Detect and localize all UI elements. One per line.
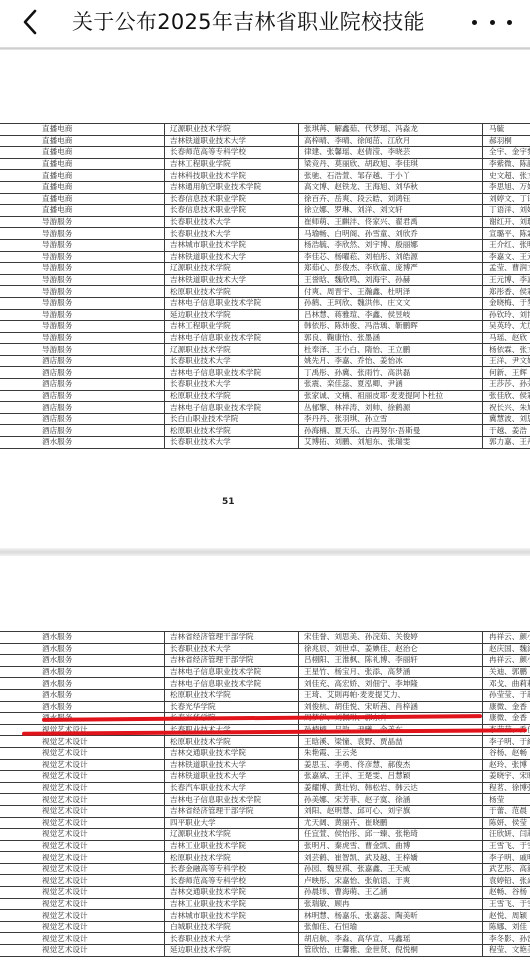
project-cell: 直播电商: [0, 170, 165, 182]
chevron-left-icon: [18, 6, 44, 38]
table-row: 视觉艺术设计吉林交通职业技术学院朱艳霞、王云尧谷杨、赵畅一等奖: [0, 747, 530, 759]
project-cell: 酒店服务: [0, 413, 165, 425]
project-cell: 视觉艺术设计: [0, 805, 165, 817]
teachers-cell: 孙钦玲、刘博: [483, 309, 530, 321]
students-cell: 张明月、秦虎雪、曹金凯、曲博: [299, 840, 483, 852]
project-cell: 视觉艺术设计: [0, 817, 165, 829]
teachers-cell: 赵庆国、魏海英: [483, 643, 530, 655]
table-row: 视觉艺术设计延边职业技术学院管欣怡、庄馨雅、金世贤、倪悦桐程莹、文艳美三等奖: [0, 945, 530, 957]
students-cell: 吕林慧、蒋雅瑄、李鑫、侯昱岐: [299, 309, 483, 321]
students-cell: 张驰、石浩萱、邹存越、于小丫: [299, 170, 483, 182]
project-cell: 视觉艺术设计: [0, 898, 165, 910]
teachers-cell: 丁语洋、刘婷文: [483, 205, 530, 217]
teachers-cell: 关迪、郭鹏: [483, 666, 530, 678]
project-cell: 视觉艺术设计: [0, 910, 165, 922]
school-cell: 吉林铁道职业技术大学: [165, 251, 299, 263]
students-cell: 张家诚、文楠、祖丽皮耶·麦麦提阿卜杜拉: [299, 390, 483, 402]
project-cell: 直播电商: [0, 158, 165, 170]
project-cell: 视觉艺术设计: [0, 829, 165, 841]
project-cell: 酒店服务: [0, 379, 165, 391]
school-cell: 吉林电子信息职业技术学院: [165, 666, 299, 678]
project-cell: 导游服务: [0, 263, 165, 275]
table-row: 直播电商吉林铁道职业技术大学高梓晴、李晴、徐闻茁、江欣月郝羽桐三等奖: [0, 135, 530, 147]
school-cell: 吉林电子信息职业技术学院: [165, 678, 299, 690]
students-cell: 张嘉斌、王洋、王楚雯、吕慧颖: [299, 771, 483, 783]
table-row: 酒水服务松原职业技术学院王琦、艾則再帕·麦麦提艾力、孙莹莹、于越三等奖: [0, 689, 530, 701]
teachers-cell: 冀慧波、刘思彤: [483, 413, 530, 425]
students-cell: 付爽、周晋宇、王瀚鑫、杜明泽: [299, 286, 483, 298]
students-cell: 管欣怡、庄馨雅、金世贤、倪悦桐: [299, 945, 483, 957]
school-cell: 吉林省经济管理干部学院: [165, 805, 299, 817]
project-cell: 视觉艺术设计: [0, 771, 165, 783]
teachers-cell: 康微、金香: [483, 701, 530, 713]
students-cell: 李丹丹、张羽琪、孙立雪: [299, 413, 483, 425]
teachers-cell: 陈娜、刘佳: [483, 921, 530, 933]
teachers-cell: 冉祥云、颜小学: [483, 655, 530, 667]
table-row: 导游服务辽源职业技术学院郑茹心、彭俊杰、李欣童、庞博严孟莹、曹润文二等奖: [0, 263, 530, 275]
students-cell: 孙美娜、宋芳菲、赵子寞、徐涵: [299, 794, 483, 806]
project-cell: 酒店服务: [0, 390, 165, 402]
table-row: 酒店服务吉林电子信息职业技术学院丁禹彤、孙冀、张雨竹、高洪磊何新、王辉二等奖: [0, 367, 530, 379]
school-cell: 吉林铁道职业技术大学: [165, 135, 299, 147]
project-cell: 视觉艺术设计: [0, 736, 165, 748]
teachers-cell: 王洋、尹文娟: [483, 355, 530, 367]
teachers-cell: 孟莹、曹润文: [483, 263, 530, 275]
project-cell: 直播电商: [0, 181, 165, 193]
students-cell: 刘佳充、高宏娇、刘佃宁、李坤隆: [299, 678, 483, 690]
students-cell: 高文博、赵铁龙、王海旭、刘华秋: [299, 181, 483, 193]
students-cell: 尤天阔、黄丽卉、崔晓鹏: [299, 817, 483, 829]
teachers-cell: 吴英玲、尤加兵: [483, 321, 530, 333]
teachers-cell: 王雪飞、于雪波: [483, 840, 530, 852]
table-row: 视觉艺术设计松原职业技术学院王晗溪、梁憧、袁野、贾晶喆李子明、于維晶一等奖: [0, 736, 530, 748]
teachers-cell: 康微、金香: [483, 713, 530, 725]
table-row: 视觉艺术设计吉林工业职业技术学院张明月、秦虎雪、曹金凯、曲博王雪飞、于雪波二等奖: [0, 840, 530, 852]
teachers-cell: 王雪飞、于雪波: [483, 898, 530, 910]
students-cell: 孙园、魏昱祺、张嘉鑫、王天威: [299, 863, 483, 875]
students-cell: 张瑞敏、顾冉: [299, 898, 483, 910]
teachers-cell: 孙莹莹、于越: [483, 689, 530, 701]
table-row: 视觉艺术设计吉林城市职业技术学院林明慧、杨嘉乐、张嘉蕊、陶美昕赵悦、周颖三等奖: [0, 910, 530, 922]
school-cell: 松原职业技术学院: [165, 425, 299, 437]
teachers-cell: 李子明、戚明明: [483, 852, 530, 864]
more-dot-icon: [472, 20, 477, 25]
students-cell: 姜思玉、李勇、佟彦慧、郝俊杰: [299, 759, 483, 771]
table-row: 视觉艺术设计松原职业技术学院刘芸鹤、崔智凯、武及越、王梓嬌李子明、戚明明二等奖: [0, 852, 530, 864]
project-cell: 导游服务: [0, 309, 165, 321]
students-cell: 朱艳霞、王云尧: [299, 747, 483, 759]
awards-table-page-2: 酒水服务吉林省经济管理干部学院宋佳誉、刘思美、孙浣茹、关俊婷冉祥云、颜小学一等奖…: [0, 631, 530, 957]
school-cell: 吉林城市职业技术学院: [165, 239, 299, 251]
students-cell: 杨浩毓、李欣然、刘宇博、殷丽娜: [299, 239, 483, 251]
project-cell: 视觉艺术设计: [0, 794, 165, 806]
table-row: 酒店服务松原职业技术学院张家诚、文楠、祖丽皮耶·麦麦提阿卜杜拉张佳欣、侯彩霞三等…: [0, 390, 530, 402]
school-cell: 长春职业技术大学: [165, 355, 299, 367]
school-cell: 松原职业技术学院: [165, 852, 299, 864]
project-cell: 视觉艺术设计: [0, 933, 165, 945]
table-row: 导游服务延边职业技术学院吕林慧、蒋雅瑄、李鑫、侯昱岐孙钦玲、刘博三等奖: [0, 309, 530, 321]
project-cell: 导游服务: [0, 216, 165, 228]
school-cell: 长春师范高等专科学校: [165, 875, 299, 887]
teachers-cell: 冉祥云、颜小学: [483, 632, 530, 644]
document-page-52: 酒水服务吉林省经济管理干部学院宋佳誉、刘思美、孙浣茹、关俊婷冉祥云、颜小学一等奖…: [0, 556, 530, 978]
table-row: 酒水服务吉林省经济管理干部学院吕栩阳、王淮枫、陈礼博、李丽轩冉祥云、颜小学二等奖: [0, 655, 530, 667]
project-cell: 酒店服务: [0, 355, 165, 367]
table-row: 导游服务吉林电子信息职业技术学院孙鹤、王珂欣、魏洪伟、庄文文金晓梅、于梦三等奖: [0, 297, 530, 309]
school-cell: 松原职业技术学院: [165, 736, 299, 748]
project-cell: 导游服务: [0, 251, 165, 263]
project-cell: 酒店服务: [0, 425, 165, 437]
students-cell: 郭良、鞠康怡、张墨涵: [299, 332, 483, 344]
school-cell: 辽源职业技术学院: [165, 829, 299, 841]
teachers-cell: 李嘉文、王元博: [483, 251, 530, 263]
project-cell: 视觉艺术设计: [0, 863, 165, 875]
teachers-cell: 郑彤香、侯彩霞: [483, 286, 530, 298]
teachers-cell: 袁婷铅、张焱: [483, 875, 530, 887]
project-cell: 酒水服务: [0, 678, 165, 690]
table-row: 酒水服务吉林电子信息职业技术学院刘佳充、高宏娇、刘佃宁、李坤隆邓戈、曲莉莉三等奖: [0, 678, 530, 690]
project-cell: 酒水服务: [0, 666, 165, 678]
students-cell: 韩依彤、陈炜俊、冯浩瑀、靳鹏晖: [299, 321, 483, 333]
table-row: 直播电商长春师范高等专科学校律建、张馨瑶、赵倩滢、李晓芸全宇、金宇黎三等奖: [0, 147, 530, 159]
school-cell: 长春金融高等专科学校: [165, 863, 299, 875]
table-row: 导游服务辽源职业技术学院杜奉泽、王小白、隋怡、王立鹏杨依霖、张文郁三等奖: [0, 344, 530, 356]
teachers-cell: 李思旭、万妍: [483, 181, 530, 193]
project-cell: 直播电商: [0, 147, 165, 159]
teachers-cell: 赵悦、周颖: [483, 910, 530, 922]
teachers-cell: 全宇、金宇黎: [483, 147, 530, 159]
teachers-cell: 杨依霖、张文郁: [483, 344, 530, 356]
project-cell: 导游服务: [0, 297, 165, 309]
teachers-cell: 赵畅、谷杨: [483, 887, 530, 899]
table-row: 导游服务吉林城市职业技术学院杨浩毓、李欣然、刘宇博、殷丽娜王介红、张明明二等奖: [0, 239, 530, 251]
school-cell: 长春职业技术大学: [165, 437, 299, 449]
table-row: 酒店服务松原职业技术学院孙海楠、夏天乐、古再努尔·吾斯曼于越、姜浩三等奖: [0, 425, 530, 437]
teachers-cell: 刘婷文、丁语洋: [483, 193, 530, 205]
school-cell: 松原职业技术学院: [165, 689, 299, 701]
students-cell: 宋佳誉、刘思美、孙浣茹、关俊婷: [299, 632, 483, 644]
table-row: 直播电商吉林工程职业学院梁竞丹、莫丽欣、胡政旭、李佳琪李紫微、陈韵曦三等奖: [0, 158, 530, 170]
school-cell: 辽源职业技术学院: [165, 263, 299, 275]
teachers-cell: 宣璐平、陈霖: [483, 228, 530, 240]
students-cell: 胡启航、李淼、高华宣、马鑫瑶: [299, 933, 483, 945]
school-cell: 长春职业技术大学: [165, 933, 299, 945]
students-cell: 高梓晴、李晴、徐闻茁、江欣月: [299, 135, 483, 147]
teachers-cell: 程莹、文艳美: [483, 945, 530, 957]
students-cell: 丛郁擎、林祥涛、刘帅、徐鹤源: [299, 402, 483, 414]
school-cell: 吉林电子信息职业技术学院: [165, 367, 299, 379]
school-cell: 吉林城市职业技术学院: [165, 910, 299, 922]
students-cell: 艾博拓、刘鹏、刘旭东、张瑞雯: [299, 437, 483, 449]
project-cell: 酒水服务: [0, 701, 165, 713]
school-cell: 延边职业技术学院: [165, 309, 299, 321]
table-row: 酒水服务长春职业技术大学徐兆辰、刘世卓、姜婰佳、赵治仑赵庆国、魏海英二等奖: [0, 643, 530, 655]
students-cell: 徐百卉、岳爽、段云皓、刘鸿钰: [299, 193, 483, 205]
students-cell: 郑茹心、彭俊杰、李欣童、庞博严: [299, 263, 483, 275]
teachers-cell: 马毓: [483, 124, 530, 136]
teachers-cell: 王莎莎、孙尧: [483, 379, 530, 391]
students-cell: 张琪苒、解鑫茹、代梦瑶、冯淼龙: [299, 124, 483, 136]
students-cell: 张震、栾佳蕊、夏泓卿、尹涵: [299, 379, 483, 391]
more-dot-icon: [490, 20, 495, 25]
table-row: 视觉艺术设计吉林铁道职业技术大学张嘉斌、王洋、王楚雯、吕慧颖姜晓宇、宋晓丹一等奖: [0, 771, 530, 783]
school-cell: 延边职业技术学院: [165, 945, 299, 957]
more-options-button[interactable]: [472, 8, 512, 36]
teachers-cell: 何新、王辉: [483, 367, 530, 379]
table-row: 导游服务吉林电子信息职业技术学院郭良、鞠康怡、张墨涵马瑶、赵欣三等奖: [0, 332, 530, 344]
back-button[interactable]: [18, 6, 44, 38]
project-cell: 导游服务: [0, 286, 165, 298]
students-cell: 律建、张馨瑶、赵倩滢、李晓芸: [299, 147, 483, 159]
more-dot-icon: [507, 20, 512, 25]
table-row: 酒店服务长春职业技术大学张震、栾佳蕊、夏泓卿、尹涵王莎莎、孙尧二等奖: [0, 379, 530, 391]
article-title: 关于公布2025年吉林省职业院校技能: [72, 7, 457, 37]
project-cell: 导游服务: [0, 228, 165, 240]
project-cell: 视觉艺术设计: [0, 945, 165, 957]
table-row: 直播电商吉林科技职业技术学院张驰、石浩萱、邹存越、于小丫史文超、张文彩三等奖: [0, 170, 530, 182]
project-cell: 直播电商: [0, 135, 165, 147]
table-row: 直播电商长春信息技术职业学院徐百卉、岳爽、段云皓、刘鸿钰刘婷文、丁语洋三等奖: [0, 193, 530, 205]
page-number: 51: [222, 497, 235, 507]
school-cell: 吉林交通职业技术学院: [165, 747, 299, 759]
project-cell: 视觉艺术设计: [0, 852, 165, 864]
teachers-cell: 程茗、徐博强: [483, 782, 530, 794]
table-row: 导游服务吉林铁道职业技术大学李佳芯、杨曜菘、刘柏彤、刘皓源李嘉文、王元博二等奖: [0, 251, 530, 263]
table-row: 酒水服务吉林省经济管理干部学院宋佳誉、刘思美、孙浣茹、关俊婷冉祥云、颜小学一等奖: [0, 632, 530, 644]
table-row: 直播电商辽源职业技术学院张琪苒、解鑫茹、代梦瑶、冯淼龙马毓三等奖: [0, 124, 530, 136]
project-cell: 酒店服务: [0, 402, 165, 414]
students-cell: 吕栩阳、王淮枫、陈礼博、李丽轩: [299, 655, 483, 667]
teachers-cell: 陈妍、侯莹: [483, 817, 530, 829]
students-cell: 马瑜畅、白明阁、孙雪童、刘欣乔: [299, 228, 483, 240]
table-row: 视觉艺术设计白城职业技术学院张伽佳、石恒瑜陈娜、刘佳三等奖: [0, 921, 530, 933]
school-cell: 长春职业技术大学: [165, 216, 299, 228]
teachers-cell: 谷杨、赵畅: [483, 747, 530, 759]
teachers-cell: 武艺彤、高新懿: [483, 863, 530, 875]
school-cell: 吉林电子信息职业技术学院: [165, 332, 299, 344]
students-cell: 姚先月、李嘉、乔怡、姜怡冰: [299, 355, 483, 367]
school-cell: 吉林工业职业技术学院: [165, 840, 299, 852]
teachers-cell: 邓戈、曲莉莉: [483, 678, 530, 690]
school-cell: 吉林科技职业技术学院: [165, 170, 299, 182]
students-cell: 王星竹、杨宝月、张添、高梦涵: [299, 666, 483, 678]
students-cell: 刘阳、赵明慧、邱可心、刘宇旗: [299, 805, 483, 817]
school-cell: 辽源职业技术学院: [165, 344, 299, 356]
teachers-cell: 于蕾、范晨: [483, 805, 530, 817]
project-cell: 视觉艺术设计: [0, 782, 165, 794]
awards-table-page-1: 直播电商辽源职业技术学院张琪苒、解鑫茹、代梦瑶、冯淼龙马毓三等奖直播电商吉林铁道…: [0, 123, 530, 449]
table-row: 视觉艺术设计长春汽车职业技术大学姜耀博、黄壮钧、韩松岩、韩云达程茗、徐博强一等奖: [0, 782, 530, 794]
students-cell: 刘俊杭、胡佳悦、宋昕茜、肖梓涵: [299, 701, 483, 713]
project-cell: 酒水服务: [0, 655, 165, 667]
table-row: 视觉艺术设计吉林交通职业技术学院孙晨玮、曹海萌、王乙涵赵畅、谷杨二等奖: [0, 887, 530, 899]
project-cell: 导游服务: [0, 321, 165, 333]
table-row: 酒店服务长春职业技术大学姚先月、李嘉、乔怡、姜怡冰王洋、尹文娟一等奖: [0, 355, 530, 367]
table-row: 酒店服务吉林电子信息职业技术学院丛郁擎、林祥涛、刘帅、徐鹤源祝长兴、朱旭三等奖: [0, 402, 530, 414]
school-cell: 吉林省经济管理干部学院: [165, 655, 299, 667]
table-row: 导游服务长春职业技术大学崔师萌、王麒沣、佟家兴、翟君禹谢红开、刘璐一等奖: [0, 216, 530, 228]
project-cell: 视觉艺术设计: [0, 887, 165, 899]
school-cell: 吉林省经济管理干部学院: [165, 632, 299, 644]
students-cell: 任宜萱、侯怡彤、邱一臻、张艳琦: [299, 829, 483, 841]
school-cell: 吉林通用航空职业技术学院: [165, 181, 299, 193]
students-cell: 崔师萌、王麒沣、佟家兴、翟君禹: [299, 216, 483, 228]
teachers-cell: 汪欣妍、闫超: [483, 829, 530, 841]
project-cell: 酒水服务: [0, 643, 165, 655]
teachers-cell: 李冬影、孙雷楠: [483, 933, 530, 945]
school-cell: 松原职业技术学院: [165, 390, 299, 402]
school-cell: 长春师范高等专科学校: [165, 147, 299, 159]
table-row: 酒水服务长春职业技术大学艾博拓、刘鹏、刘旭东、张瑞雯郭力嘉、王丹琪一等奖: [0, 437, 530, 449]
students-cell: 卢映彤、宋嘉怡、张航语、于爽: [299, 875, 483, 887]
project-cell: 直播电商: [0, 124, 165, 136]
teachers-cell: 姜晓宇、宋晓丹: [483, 771, 530, 783]
school-cell: 长白山职业技术学院: [165, 413, 299, 425]
students-cell: 孙鹤、王珂欣、魏洪伟、庄文文: [299, 297, 483, 309]
school-cell: 吉林工程职业学院: [165, 321, 299, 333]
teachers-cell: 于越、姜浩: [483, 425, 530, 437]
project-cell: 视觉艺术设计: [0, 840, 165, 852]
teachers-cell: 张佳欣、侯彩霞: [483, 390, 530, 402]
table-row: 视觉艺术设计吉林工业职业技术学院张瑞敏、顾冉王雪飞、于雪波二等奖: [0, 898, 530, 910]
school-cell: 吉林电子信息职业技术学院: [165, 297, 299, 309]
project-cell: 直播电商: [0, 205, 165, 217]
page-separator: [0, 548, 530, 556]
table-row: 酒水服务长春光华学院刘俊杭、胡佳悦、宋昕茜、肖梓涵康微、金香三等奖: [0, 701, 530, 713]
students-cell: 孙海楠、夏天乐、古再努尔·吾斯曼: [299, 425, 483, 437]
teachers-cell: 杨莹: [483, 794, 530, 806]
table-row: 导游服务吉林工程职业学院韩依彤、陈炜俊、冯浩瑀、靳鹏晖吴英玲、尤加兵三等奖: [0, 321, 530, 333]
teachers-cell: 马瑶、赵欣: [483, 332, 530, 344]
school-cell: 吉林工程职业学院: [165, 158, 299, 170]
school-cell: 吉林交通职业技术学院: [165, 887, 299, 899]
project-cell: 酒水服务: [0, 689, 165, 701]
top-navigation-bar: 关于公布2025年吉林省职业院校技能: [0, 0, 530, 45]
students-cell: 李佳芯、杨曜菘、刘柏彤、刘皓源: [299, 251, 483, 263]
teachers-cell: 史文超、张文彩: [483, 170, 530, 182]
table-row: 导游服务吉林铁道职业技术大学王誉晗、魏欣鸣、刘海宇、孙赫王元博、李嘉文二等奖: [0, 274, 530, 286]
students-cell: 丁禹彤、孙冀、张雨竹、高洪磊: [299, 367, 483, 379]
school-cell: 吉林电子信息职业技术学院: [165, 794, 299, 806]
table-row: 视觉艺术设计长春职业技术大学胡启航、李淼、高华宣、马鑫瑶李冬影、孙雷楠三等奖: [0, 933, 530, 945]
project-cell: 导游服务: [0, 239, 165, 251]
table-row: 导游服务长春职业技术大学马瑜畅、白明阁、孙雪童、刘欣乔宣璐平、陈霖一等奖: [0, 228, 530, 240]
project-cell: 视觉艺术设计: [0, 747, 165, 759]
school-cell: 辽源职业技术学院: [165, 124, 299, 136]
school-cell: 长春汽车职业技术大学: [165, 782, 299, 794]
students-cell: 梁竞丹、莫丽欣、胡政旭、李佳琪: [299, 158, 483, 170]
table-row: 视觉艺术设计四平职业大学尤天阔、黄丽卉、崔晓鹏陈妍、侯莹二等奖: [0, 817, 530, 829]
teachers-cell: 赵玲、张博: [483, 759, 530, 771]
school-cell: 长春信息技术职业学院: [165, 205, 299, 217]
students-cell: 王誉晗、魏欣鸣、刘海宇、孙赫: [299, 274, 483, 286]
teachers-cell: 祝长兴、朱旭: [483, 402, 530, 414]
project-cell: 视觉艺术设计: [0, 759, 165, 771]
project-cell: 视觉艺术设计: [0, 921, 165, 933]
project-cell: 视觉艺术设计: [0, 875, 165, 887]
table-row: 视觉艺术设计长春金融高等专科学校孙园、魏昱祺、张嘉鑫、王天威武艺彤、高新懿二等奖: [0, 863, 530, 875]
table-row: 视觉艺术设计吉林电子信息职业技术学院孙美娜、宋芳菲、赵子寞、徐涵杨莹二等奖: [0, 794, 530, 806]
teachers-cell: 李紫微、陈韵曦: [483, 158, 530, 170]
students-cell: 徐立娜、罗琳、刘洋、刘文轩: [299, 205, 483, 217]
students-cell: 孙晨玮、曹海萌、王乙涵: [299, 887, 483, 899]
teachers-cell: 郝羽桐: [483, 135, 530, 147]
school-cell: 长春职业技术大学: [165, 228, 299, 240]
table-row: 视觉艺术设计长春师范高等专科学校卢映彤、宋嘉怡、张航语、于爽袁婷铅、张焱二等奖: [0, 875, 530, 887]
project-cell: 酒店服务: [0, 367, 165, 379]
document-page-51: 直播电商辽源职业技术学院张琪苒、解鑫茹、代梦瑶、冯淼龙马毓三等奖直播电商吉林铁道…: [0, 50, 530, 548]
school-cell: 吉林铁道职业技术大学: [165, 274, 299, 286]
students-cell: 张伽佳、石恒瑜: [299, 921, 483, 933]
project-cell: 酒水服务: [0, 632, 165, 644]
school-cell: 吉林电子信息职业技术学院: [165, 402, 299, 414]
school-cell: 松原职业技术学院: [165, 286, 299, 298]
students-cell: 王琦、艾則再帕·麦麦提艾力、: [299, 689, 483, 701]
project-cell: 导游服务: [0, 344, 165, 356]
students-cell: 徐兆辰、刘世卓、姜婰佳、赵治仑: [299, 643, 483, 655]
table-row: 直播电商长春信息技术职业学院徐立娜、罗琳、刘洋、刘文轩丁语洋、刘婷文三等奖: [0, 205, 530, 217]
project-cell: 导游服务: [0, 332, 165, 344]
students-cell: 杜奉泽、王小白、隋怡、王立鹏: [299, 344, 483, 356]
school-cell: 白城职业技术学院: [165, 921, 299, 933]
teachers-cell: 郭力嘉、王丹琪: [483, 437, 530, 449]
table-row: 视觉艺术设计吉林铁道职业技术大学姜思玉、李勇、佟彦慧、郝俊杰赵玲、张博一等奖: [0, 759, 530, 771]
table-row: 酒店服务长白山职业技术学院李丹丹、张羽琪、孙立雪冀慧波、刘思彤三等奖: [0, 413, 530, 425]
students-cell: 林明慧、杨嘉乐、张嘉蕊、陶美昕: [299, 910, 483, 922]
table-row: 视觉艺术设计吉林省经济管理干部学院刘阳、赵明慧、邱可心、刘宇旗于蕾、范晨二等奖: [0, 805, 530, 817]
table-row: 酒水服务吉林电子信息职业技术学院王星竹、杨宝月、张添、高梦涵关迪、郭鹏二等奖: [0, 666, 530, 678]
teachers-cell: 王介红、张明明: [483, 239, 530, 251]
school-cell: 四平职业大学: [165, 817, 299, 829]
school-cell: 长春信息技术职业学院: [165, 193, 299, 205]
project-cell: 直播电商: [0, 193, 165, 205]
project-cell: 导游服务: [0, 274, 165, 286]
students-cell: 姜耀博、黄壮钧、韩松岩、韩云达: [299, 782, 483, 794]
teachers-cell: 王元博、李嘉文: [483, 274, 530, 286]
school-cell: 吉林铁道职业技术大学: [165, 771, 299, 783]
students-cell: 刘芸鹤、崔智凯、武及越、王梓嬌: [299, 852, 483, 864]
project-cell: 酒水服务: [0, 437, 165, 449]
school-cell: 吉林工业职业技术学院: [165, 898, 299, 910]
table-row: 直播电商吉林通用航空职业技术学院高文博、赵铁龙、王海旭、刘华秋李思旭、万妍三等奖: [0, 181, 530, 193]
school-cell: 吉林铁道职业技术大学: [165, 759, 299, 771]
table-row: 视觉艺术设计辽源职业技术学院任宜萱、侯怡彤、邱一臻、张艳琦汪欣妍、闫超二等奖: [0, 829, 530, 841]
school-cell: 长春职业技术大学: [165, 643, 299, 655]
students-cell: 王晗溪、梁憧、袁野、贾晶喆: [299, 736, 483, 748]
school-cell: 长春光华学院: [165, 701, 299, 713]
teachers-cell: 李子明、于維晶: [483, 736, 530, 748]
table-row: 导游服务松原职业技术学院付爽、周晋宇、王瀚鑫、杜明泽郑彤香、侯彩霞三等奖: [0, 286, 530, 298]
teachers-cell: 金晓梅、于梦: [483, 297, 530, 309]
school-cell: 长春职业技术大学: [165, 379, 299, 391]
teachers-cell: 谢红开、刘璐: [483, 216, 530, 228]
